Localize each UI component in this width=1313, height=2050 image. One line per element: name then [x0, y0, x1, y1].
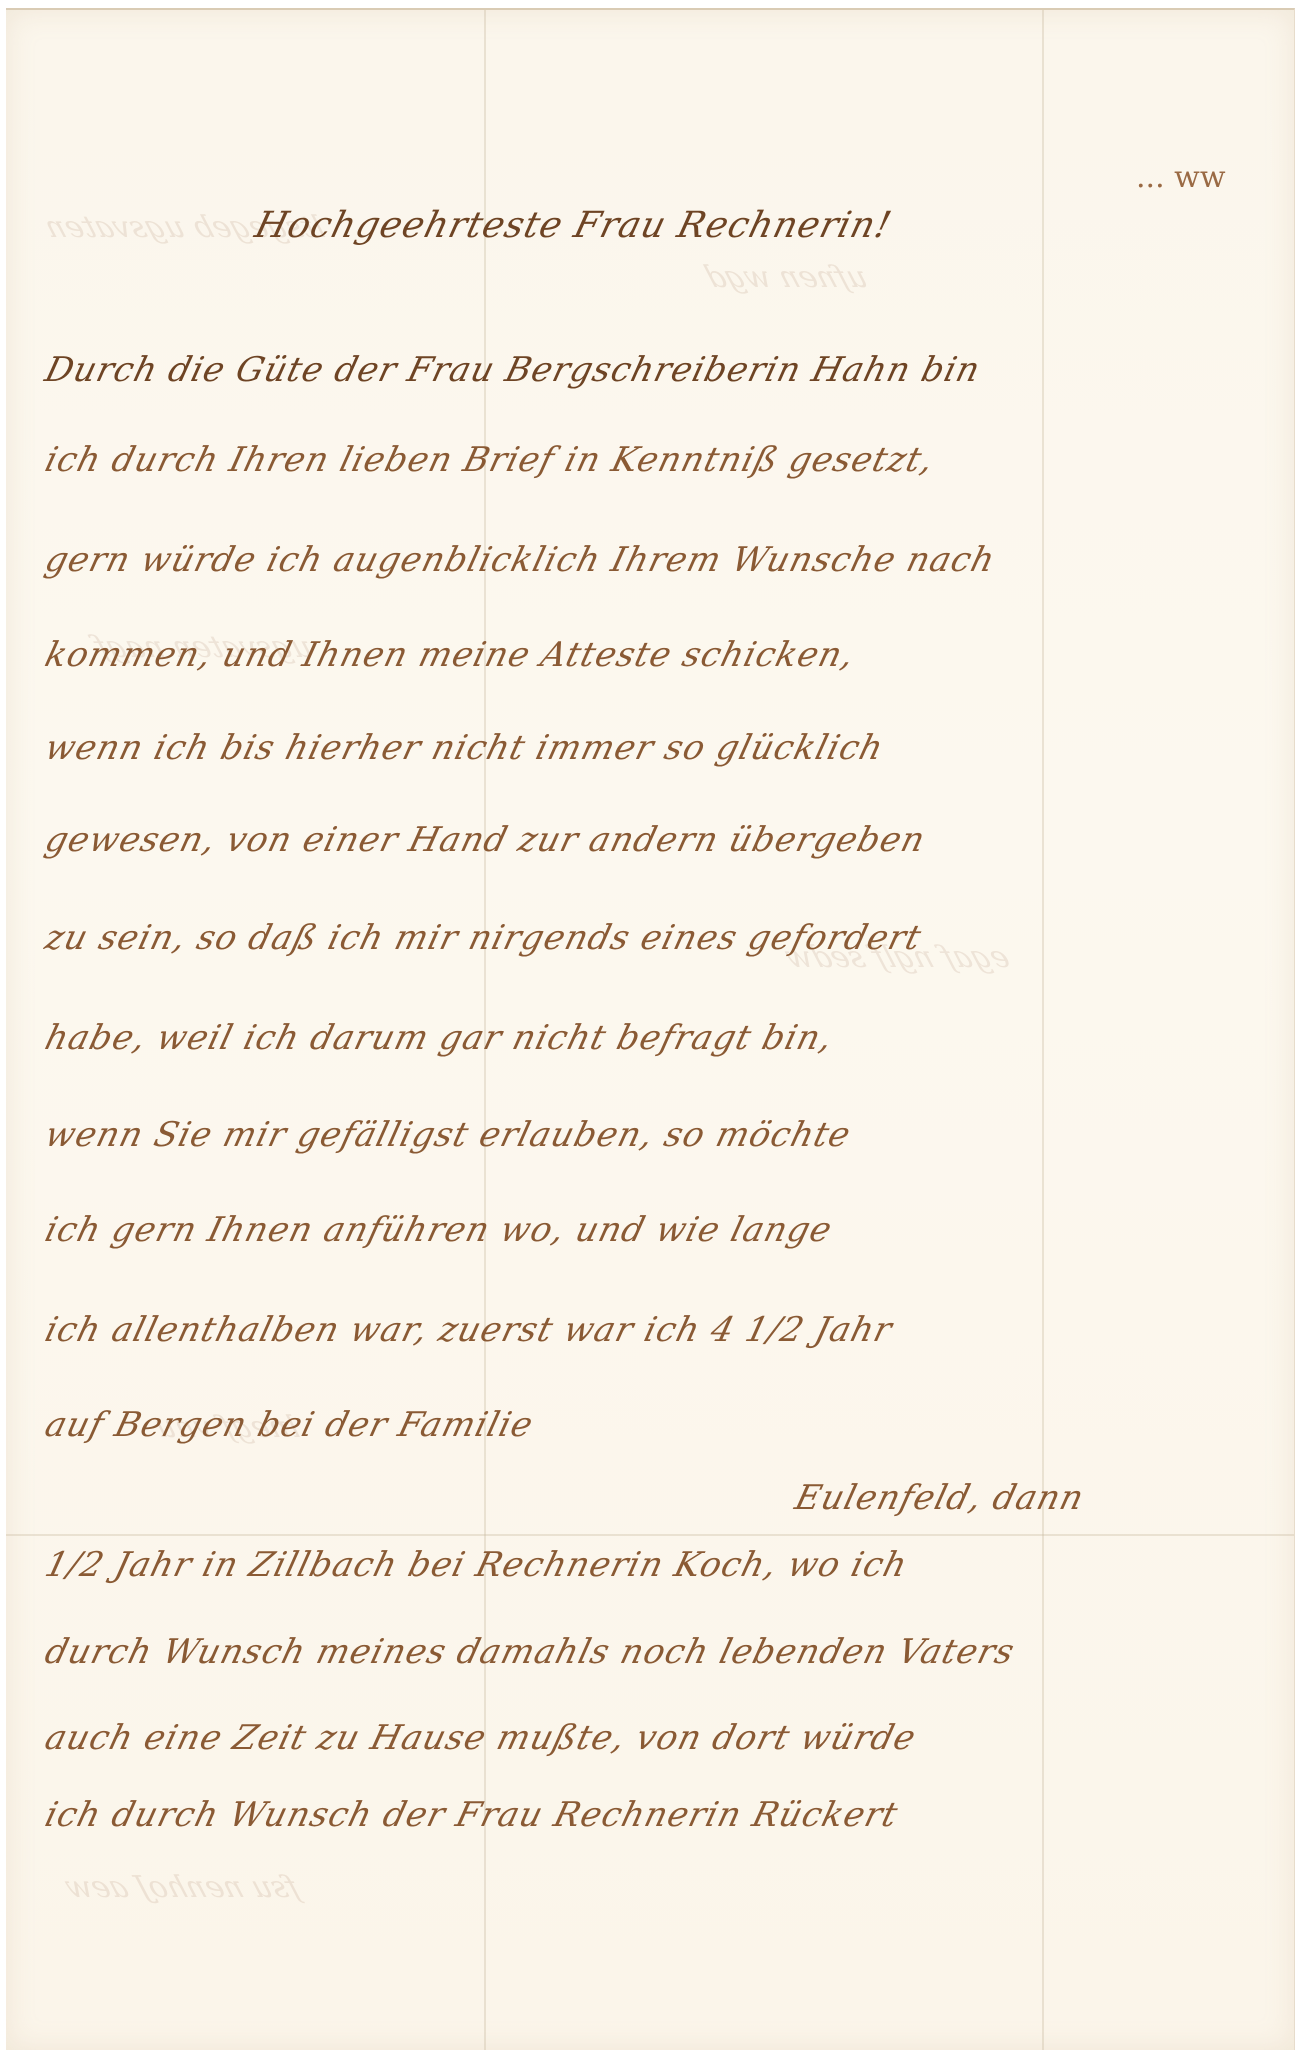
letter-line: gern würde ich augenblicklich Ihrem Wuns…: [41, 540, 1000, 580]
fold-line-vertical: [1042, 10, 1044, 2050]
salutation: Hochgeehrteste Frau Rechnerin!: [251, 205, 896, 246]
letter-line: wenn ich bis hierher nicht immer so glüc…: [41, 728, 888, 768]
letter-line: Durch die Güte der Frau Bergschreiberin …: [41, 350, 985, 390]
letter-line: wenn Sie mir gefälligst erlauben, so möc…: [41, 1115, 855, 1155]
letter-line: ich gern Ihnen anführen wo, und wie lang…: [41, 1210, 837, 1250]
letter-line: 1/2 Jahr in Zillbach bei Rechnerin Koch,…: [41, 1545, 912, 1585]
letter-line: Eulenfeld, dann: [791, 1478, 1088, 1518]
letter-line: auch eine Zeit zu Hause mußte, von dort …: [41, 1718, 920, 1758]
letter-line: ich durch Wunsch der Frau Rechnerin Rück…: [41, 1795, 902, 1835]
bleed-through-text: fsu nenhoJ aew: [60, 1870, 303, 1905]
letter-line: zu sein, so daß ich mir nirgends eines g…: [41, 918, 926, 958]
corner-mark: ... ww: [1136, 160, 1226, 195]
letter-line: gewesen, von einer Hand zur andern überg…: [41, 820, 930, 860]
letter-line: habe, weil ich darum gar nicht befragt b…: [41, 1018, 837, 1058]
bleed-through-text: ufnen wgd: [700, 260, 872, 295]
letter-line: ich allenthalben war, zuerst war ich 4 1…: [41, 1310, 897, 1350]
letter-line: auf Bergen bei der Familie: [41, 1405, 538, 1445]
fold-line-horizontal: [6, 1534, 1294, 1536]
letter-line: durch Wunsch meines damahls noch lebende…: [41, 1632, 1019, 1672]
letter-line: kommen, und Ihnen meine Atteste schicken…: [41, 635, 859, 675]
letter-line: ich durch Ihren lieben Brief in Kenntniß…: [41, 440, 938, 480]
letter-sheet: ltsgegeb ugsvaten ufnen wgd ugsvaten nag…: [6, 8, 1295, 2050]
